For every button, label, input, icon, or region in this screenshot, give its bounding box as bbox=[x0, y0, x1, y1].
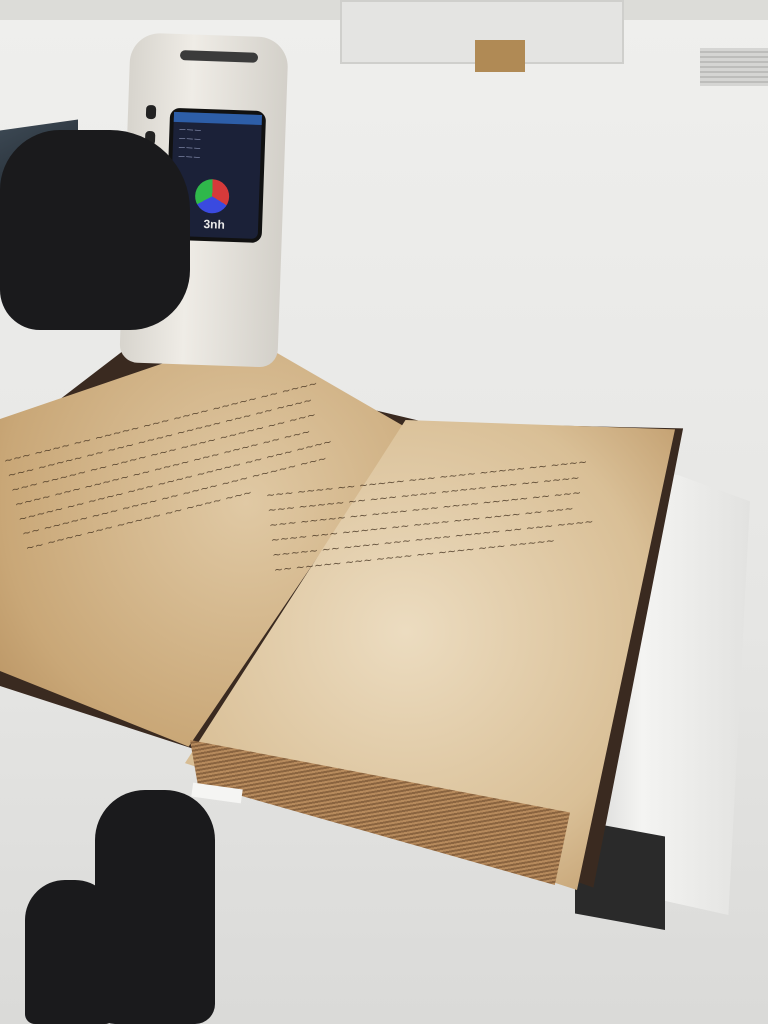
screen-readings: — — —— — —— — —— — — bbox=[172, 122, 261, 169]
cardboard-box bbox=[475, 40, 525, 72]
gloved-hand-top bbox=[0, 130, 190, 330]
handwriting-right: ~~~ ~~~~ ~~ ~~~~~ ~~~ ~~~~ ~~~~~ ~~ ~~~~… bbox=[265, 454, 625, 787]
wall-vent bbox=[700, 48, 768, 86]
photo-scene: ~~~ ~~~~ ~~ ~~~~~ ~~~ ~~~~ ~~~~~ ~~ ~~~~… bbox=[0, 0, 768, 1024]
color-wheel-icon bbox=[195, 179, 230, 214]
device-slot bbox=[180, 50, 258, 63]
gloved-thumb-bottom bbox=[25, 880, 115, 1024]
